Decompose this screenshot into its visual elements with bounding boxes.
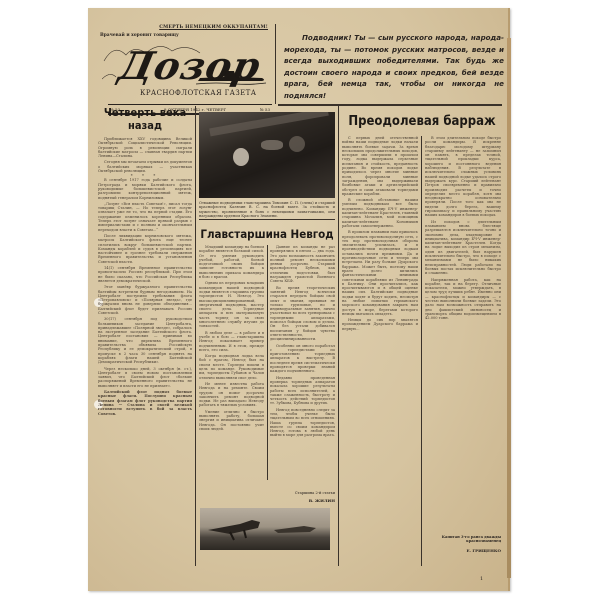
article-paragraph: Не менее известна работа Невгода и на ре…: [199, 382, 264, 408]
article-paragraph: Когда подводная лодка вела бой с врагом,…: [199, 354, 264, 380]
article-paragraph: В этом длительном походе быстро росли ко…: [425, 136, 501, 218]
article-paragraph: Сегодня мы печатаем отрывки из документо…: [98, 160, 192, 173]
article-paragraph: Давние из команды не раз проверялись в п…: [270, 245, 335, 284]
article-glavstarshina-col2: Давние из команды не раз проверялись в п…: [270, 245, 335, 480]
article-paragraph: Невгод повседневно следит за тем, чтобы …: [270, 408, 335, 438]
article-paragraph: В любом деле — в работе и в учебе и в бо…: [199, 331, 264, 352]
submarine-icon: [196, 67, 268, 87]
signature-name: Е. ГРИЩЕНКО: [425, 548, 501, 553]
appeal-text: Подводник! Ты — сын русского народа, нар…: [284, 32, 504, 102]
signature-title: Старшина 2-й статьи: [270, 491, 335, 495]
article-paragraph: 30(17) сентября под руководством большев…: [98, 317, 192, 364]
article-paragraph: Через несколько дней, 3 октября (н. ст.)…: [98, 367, 192, 388]
aircraft-photo: [200, 508, 330, 550]
page-number: 1: [480, 576, 483, 582]
divider: [421, 136, 422, 566]
divider: [275, 24, 276, 104]
divider: [199, 219, 335, 220]
photo-caption: Отважные подводники главстаршина Тимохин…: [199, 201, 335, 219]
masthead: СМЕРТЬ НЕМЕЦКИМ ОККУПАНТАМ! Врачевай и х…: [100, 25, 268, 103]
submarine-interior-photo: [199, 112, 335, 198]
article-glavstarshina-col1: Младший командир на боевом корабле являе…: [199, 245, 264, 480]
article-paragraph: Во время теоретических занятий Невгод вс…: [270, 286, 335, 342]
article-barrage-col1: С первых дней отечественной войны наши п…: [342, 136, 418, 566]
aircraft-icon: [200, 508, 330, 550]
article-paragraph: После ликвидации корниловского мятежа, м…: [98, 234, 192, 264]
slogan: СМЕРТЬ НЕМЕЦКИМ ОККУПАНТАМ!: [159, 25, 268, 30]
article-paragraph: Умение отлично и быстро выполнять работу…: [199, 410, 264, 431]
divider: [278, 104, 502, 106]
newspaper-page: СМЕРТЬ НЕМЕЦКИМ ОККУПАНТАМ! Врачевай и х…: [88, 8, 510, 591]
newspaper-subtitle: КРАСНОФЛОТСКАЯ ГАЗЕТА: [140, 89, 256, 97]
article-paragraph: Напряженная работа, как на корабле, так …: [425, 278, 501, 321]
signature-name: В. ЖИЛИН: [270, 498, 335, 503]
article-paragraph: В прошлом плавании нам пришлось преодоле…: [342, 230, 418, 316]
article-paragraph: „Лозунг «Вся власть Советам!», писал тог…: [98, 202, 192, 232]
article-headline: Главстаршина Невгод: [199, 227, 335, 241]
article-paragraph: Недавно проведенная проверка торпедных а…: [270, 376, 335, 406]
article-paragraph: В сложной обстановке нашим умелым подвод…: [342, 198, 418, 228]
article-paragraph: Одним из передовых младших командиров на…: [199, 281, 264, 328]
article-paragraph: Этот манёвр буржуазного правительства ба…: [98, 285, 192, 315]
article-barrage-col2: В этом длительном походе быстро росли ко…: [425, 136, 501, 531]
issue-number-right: № 53: [260, 107, 270, 112]
article-paragraph: В сентябре 1917 года рабочие и солдаты П…: [98, 178, 192, 199]
article-paragraph: Немцы до сих пор хвалятся прохождением Д…: [342, 318, 418, 331]
signature-title: Капитан 3-го ранга дважды краснознаменец: [425, 535, 501, 543]
article-paragraph: Балтийский флот поднял боевые красные фл…: [98, 390, 192, 416]
divider: [267, 245, 268, 480]
greeting: Врачевай и хоронит товарищу: [100, 33, 179, 38]
article-paragraph: Младший командир на боевом корабле являе…: [199, 245, 264, 279]
article-paragraph: 14(1) сентября Временное правительство п…: [98, 266, 192, 283]
divider: [195, 106, 196, 566]
article-paragraph: С первых дней отечественной войны наши п…: [342, 136, 418, 196]
article-headline: Четверть века назад: [98, 106, 192, 132]
article-quarter-century: Четверть века назад Приближается XXV год…: [98, 106, 192, 566]
article-paragraph: Приближается XXV годовщина Великой Октяб…: [98, 137, 192, 158]
article-headline: Преодолевая барраж: [342, 114, 502, 129]
article-paragraph: Особенно он много поработал с торпедиста…: [270, 344, 335, 374]
divider: [338, 106, 339, 566]
article-paragraph: Из походов с длительным плаванием вновь …: [425, 220, 501, 276]
